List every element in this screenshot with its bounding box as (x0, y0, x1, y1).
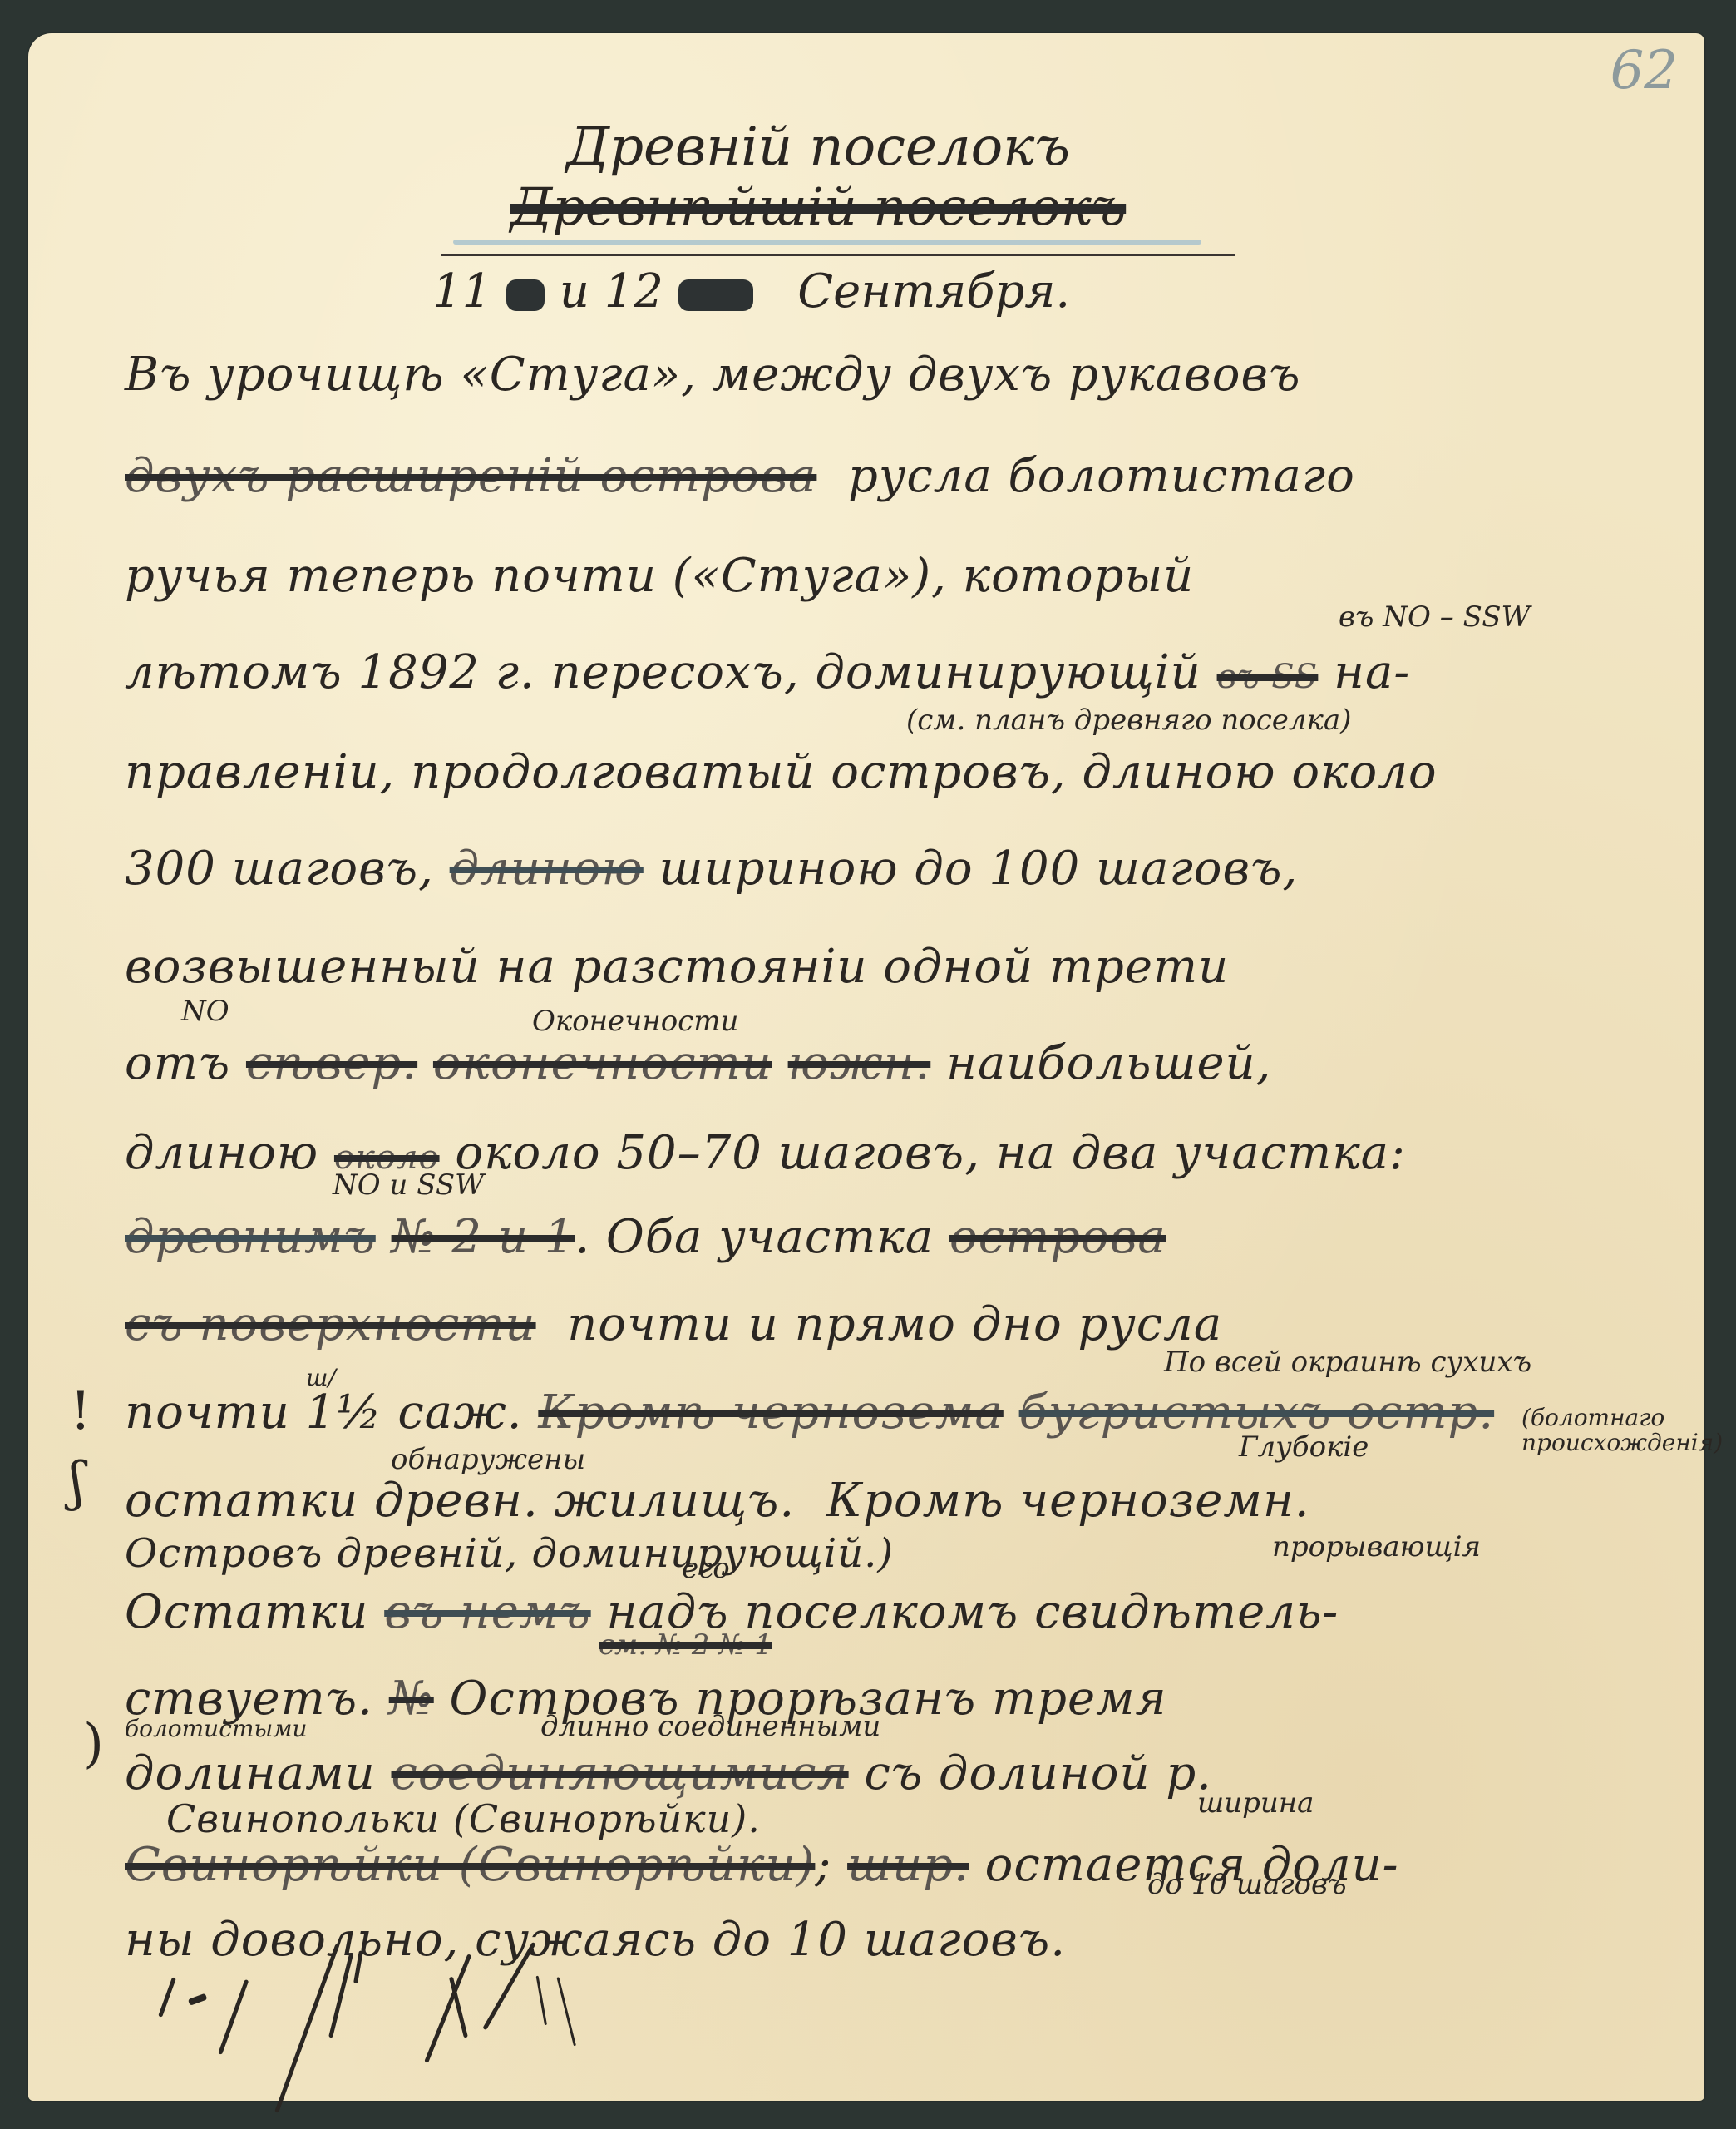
line-text: Кромѣ черноземн. (826, 1474, 1310, 1528)
insertion-text: длинно соединенными (540, 1710, 880, 1743)
line-text: ; (815, 1838, 831, 1892)
line-text: русла болотистаго (848, 449, 1355, 503)
line-text: отъ (125, 1036, 230, 1090)
text-line-13: остатки древн. жилищъ. Кромѣ черноземн. (125, 1474, 1703, 1528)
insertion-text: обнаружены (391, 1443, 585, 1476)
line-text: съ долиной р. (864, 1746, 1212, 1801)
line-text: на- (1334, 645, 1410, 699)
text-line-15: Остатки въ немъ надъ поселкомъ свидѣтель… (125, 1585, 1703, 1639)
date-line: 11 и 12 Сентября. (432, 264, 1070, 319)
ink-underline (441, 254, 1235, 256)
ink-blot (506, 279, 545, 311)
date-connector: и 12 (560, 264, 663, 319)
insertion-text: NO и SSW (333, 1168, 484, 1202)
ink-blot (678, 279, 753, 311)
line-text: лѣтомъ 1892 г. пересохъ, доминирующій (125, 645, 1201, 699)
line-text: наибольшей, (946, 1036, 1271, 1090)
struck-title-text: Древнѣйшій поселокъ (510, 176, 1126, 237)
text-line-6: 300 шаговъ, длиною шириною до 100 шаговъ… (125, 842, 1703, 896)
struck-text: острова (949, 1210, 1166, 1264)
margin-mark: ʃ (70, 1451, 84, 1513)
text-line-19: Свинорѣйки (Свинорѣйки); шир. остается д… (125, 1838, 1703, 1892)
text-line-2: двухъ расширеній острова русла болотиста… (125, 449, 1703, 503)
text-line-18: Свинопольки (Свинорѣйки). (166, 1796, 1703, 1841)
insertion-text: въ NO – SSW (1339, 600, 1530, 634)
struck-title: Древнѣйшій поселокъ (0, 176, 1686, 237)
blue-pencil-underline (453, 240, 1201, 245)
line-text: 300 шаговъ, (125, 842, 434, 896)
text-line-12: почти 1½ саж. Кромѣ чернозема бугристыхъ… (125, 1386, 1703, 1440)
struck-text: шир. (847, 1838, 969, 1892)
text-line-1: Въ урочищѣ «Стуга», между двухъ рукавовъ (125, 348, 1703, 402)
insertion-text: см. № 2 № 1 (599, 1628, 772, 1662)
line-text: шириною до 100 шаговъ, (659, 842, 1299, 896)
folio-number: 62 (1610, 40, 1678, 101)
line-text: свидѣтель- (1034, 1585, 1339, 1639)
margin-mark: ! (70, 1381, 91, 1442)
line-text: около 50–70 шаговъ, на два участка: (455, 1126, 1406, 1180)
insertion-text: (см. планъ древняго поселка) (906, 704, 1351, 737)
insertion-text: По всей окраинѣ сухихъ (1164, 1346, 1531, 1379)
line-text: возвышенный на разстояніи одной трети (125, 940, 1229, 994)
line-text: . Оба участка (575, 1210, 934, 1264)
struck-text: № 2 и 1 (392, 1210, 575, 1264)
insertion-text: его (682, 1552, 730, 1585)
struck-text: Свинорѣйки (Свинорѣйки) (125, 1838, 815, 1892)
text-line-3: ручья теперь почти («Стуга»), который (125, 549, 1703, 603)
line-text: почти (125, 1386, 290, 1440)
struck-text: № (389, 1672, 434, 1726)
struck-text: соединяющимися (392, 1746, 849, 1801)
insertion-text: Глубокіе (1239, 1430, 1369, 1464)
insertion-text: прорывающія (1272, 1530, 1481, 1563)
text-line-16: ствуетъ. № Островъ прорѣзанъ тремя (125, 1672, 1703, 1726)
struck-text: Кромѣ чернозема (538, 1386, 1003, 1440)
line-text: Островъ древній, доминирующій.) (125, 1530, 894, 1577)
line-text: почти и прямо дно русла (567, 1297, 1222, 1351)
insertion-text: болотистыми (125, 1715, 308, 1742)
line-text: остается доли- (985, 1838, 1399, 1892)
struck-text: сѣвер. (246, 1036, 417, 1090)
insertion-text: NO (181, 995, 229, 1028)
insertion-text: ширина (1197, 1786, 1314, 1820)
page-title: Древній поселокъ (0, 116, 1686, 178)
struck-text: въ SS (1217, 658, 1319, 696)
text-line-11: съ поверхности почти и прямо дно русла (125, 1297, 1703, 1351)
struck-text: съ поверхности (125, 1297, 536, 1351)
text-line-4: лѣтомъ 1892 г. пересохъ, доминирующій въ… (125, 645, 1703, 699)
insertion-text: Оконечности (532, 1005, 738, 1038)
line-text: Въ урочищѣ «Стуга», между двухъ рукавовъ (125, 348, 1300, 402)
struck-text: оконечности (433, 1036, 772, 1090)
line-text: долинами (125, 1746, 376, 1801)
text-line-7: возвышенный на разстояніи одной трети (125, 940, 1703, 994)
line-text: правленіи, продолговатый островъ, длиною… (125, 745, 1438, 799)
struck-text: длиною (450, 842, 644, 896)
struck-text: двухъ расширеній острова (125, 449, 816, 503)
line-text: Остатки (125, 1585, 368, 1639)
struck-text: древнимъ (125, 1210, 376, 1264)
line-text: длиною (125, 1126, 318, 1180)
line-text: остатки древн. жилищъ. (125, 1474, 795, 1528)
date-day-1: 11 (432, 264, 491, 319)
line-text: Свинопольки (Свинорѣйки). (166, 1796, 761, 1841)
margin-mark: ) (83, 1713, 104, 1775)
struck-text: въ немъ (384, 1585, 591, 1639)
text-line-17: долинами соединяющимися съ долиной р. (125, 1746, 1703, 1801)
line-text: 1½ саж. (306, 1386, 523, 1440)
line-text: ручья теперь почти («Стуга»), который (125, 549, 1194, 603)
text-line-8: отъ сѣвер. оконечности южн. наибольшей, (125, 1036, 1703, 1090)
text-line-5: правленіи, продолговатый островъ, длиною… (125, 745, 1703, 799)
struck-text: южн. (788, 1036, 931, 1090)
text-line-10: древнимъ № 2 и 1. Оба участка острова (125, 1210, 1703, 1264)
insertion-text: (болотнаго происхожденія) (1521, 1405, 1688, 1455)
date-month: Сентября. (797, 264, 1070, 319)
line-text: ны довольно, сужаясь до 10 шаговъ. (125, 1913, 1066, 1967)
